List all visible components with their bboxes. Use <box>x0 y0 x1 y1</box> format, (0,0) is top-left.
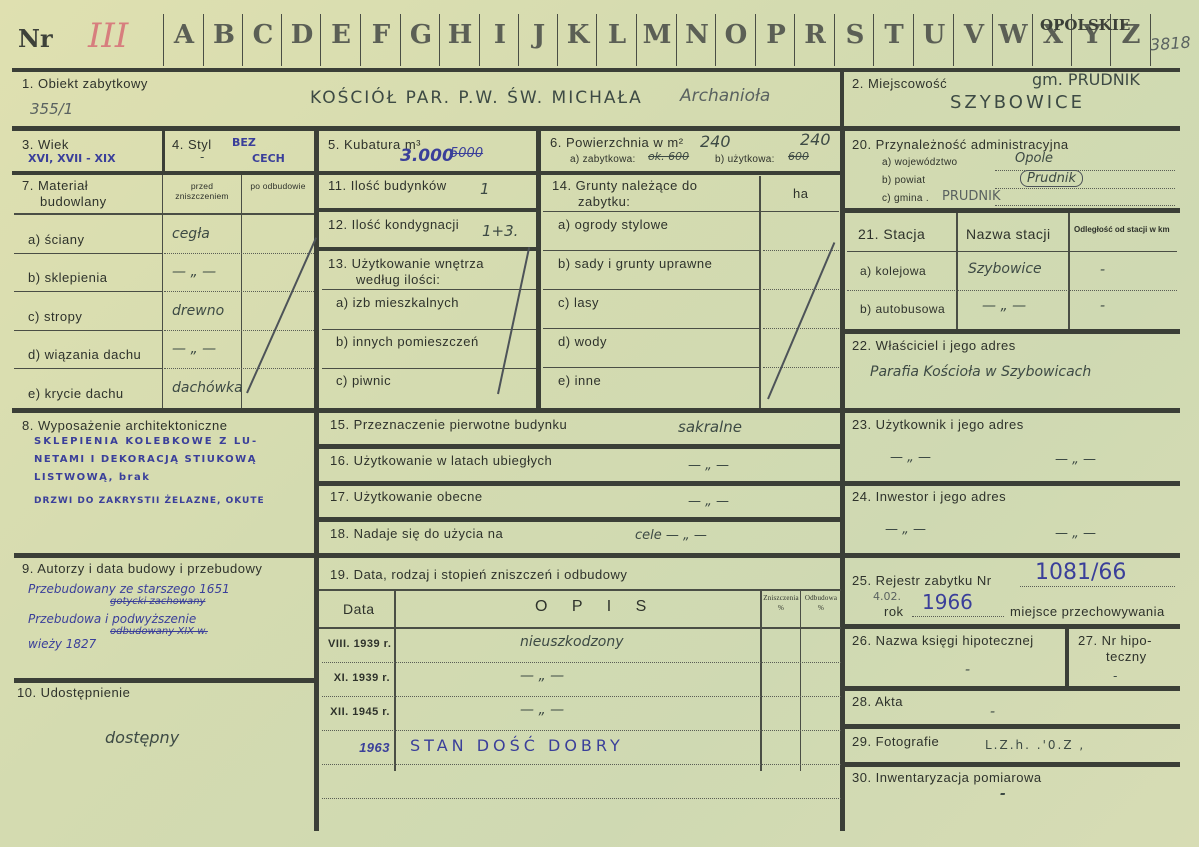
divider <box>319 589 841 591</box>
field28-label: 28. Akta <box>852 694 903 709</box>
field16-label: 16. Użytkowanie w latach ubiegłych <box>330 453 552 468</box>
divider <box>14 330 162 331</box>
field20-a-value[interactable]: Opole <box>1015 151 1053 166</box>
field14-label-1: 14. Grunty należące do <box>552 178 697 193</box>
index-letter-u[interactable]: U <box>915 20 953 50</box>
index-letter-b[interactable]: B <box>205 20 243 50</box>
divider <box>845 724 1180 729</box>
field14-unit: ha <box>793 186 808 201</box>
field5-value[interactable]: 3.000 <box>400 146 454 166</box>
field4-dash: - <box>200 150 204 164</box>
field22-label: 22. Właściciel i jego adres <box>852 338 1016 353</box>
divider <box>14 291 162 292</box>
field14-label-2: zabytku: <box>578 194 630 209</box>
field13-row-label: a) izb mieszkalnych <box>336 295 459 310</box>
field7-row-label: e) krycie dachu <box>28 386 124 401</box>
index-letter-l[interactable]: L <box>598 20 636 50</box>
field24-value-left[interactable]: — „ — <box>885 522 926 537</box>
field16-value[interactable]: — „ — <box>688 458 729 473</box>
field19-row-date[interactable]: 1963 <box>328 740 390 755</box>
index-letter-w[interactable]: W <box>994 20 1032 50</box>
divider <box>840 72 844 126</box>
field10-label: 10. Udostępnienie <box>17 685 130 700</box>
field6-label: 6. Powierzchnia w m² <box>550 135 684 150</box>
field29-label: 29. Fotografie <box>852 734 939 749</box>
field19-row-date[interactable]: XI. 1939 r. <box>328 672 390 684</box>
letter-divider <box>992 14 993 66</box>
field7-label-2: budowlany <box>40 194 107 209</box>
field14-row-label: c) lasy <box>558 295 599 310</box>
field19-row-desc[interactable]: nieuszkodzony <box>520 634 624 650</box>
field25-date-note: 4.02. <box>873 590 901 603</box>
field15-value[interactable]: sakralne <box>678 418 742 436</box>
field11-value[interactable]: 1 <box>480 180 490 198</box>
divider <box>319 627 841 629</box>
dotted-line <box>912 616 1004 617</box>
divider <box>319 444 841 449</box>
letter-divider <box>596 14 597 66</box>
field26-value[interactable]: - <box>965 662 970 678</box>
field27-label-1: 27. Nr hipo- <box>1078 633 1152 648</box>
dotted-line <box>322 764 841 765</box>
letter-divider <box>163 14 164 66</box>
monument-record-card: Nr III ABCDEFGHIJKLMNOPRSTUVWXYZ OPOLSKI… <box>0 0 1199 847</box>
field4-label: 4. Styl <box>172 137 212 152</box>
field20-b-label: b) powiat <box>882 175 925 186</box>
index-letter-r[interactable]: R <box>796 20 834 50</box>
field25-rok-value[interactable]: 1966 <box>922 590 973 614</box>
field5-struck: 5000 <box>450 146 483 161</box>
field27-label-2: teczny <box>1106 649 1147 664</box>
divider <box>847 251 1177 252</box>
letter-divider <box>203 14 204 66</box>
field3-label: 3. Wiek <box>22 137 69 152</box>
letter-divider <box>320 14 321 66</box>
field6-a-value[interactable]: 240 <box>700 132 731 151</box>
field21-col-name: Nazwa stacji <box>966 226 1051 242</box>
field9-struck-2: odbudowany XIX w. <box>110 626 208 637</box>
letter-divider <box>834 14 835 66</box>
divider <box>14 213 314 215</box>
dotted-line <box>164 253 314 254</box>
field13-label-2: według ilości: <box>356 272 440 287</box>
field25-rok-label: rok <box>884 604 904 619</box>
divider <box>14 253 162 254</box>
field25-value[interactable]: 1081/66 <box>1035 560 1126 585</box>
divider <box>845 329 1180 334</box>
index-letter-j[interactable]: J <box>520 20 558 50</box>
field19-row-date[interactable]: XII. 1945 r. <box>328 706 390 718</box>
field23-label: 23. Użytkownik i jego adres <box>852 417 1024 432</box>
letter-divider <box>913 14 914 66</box>
field1-value-extra: Archanioła <box>680 86 770 106</box>
divider <box>14 678 314 683</box>
index-letter-m[interactable]: M <box>638 20 676 50</box>
divider <box>845 762 1180 767</box>
index-letter-t[interactable]: T <box>875 20 913 50</box>
divider <box>845 553 1180 558</box>
divider <box>319 517 841 522</box>
dotted-line <box>995 205 1175 206</box>
not-applicable-slash <box>767 242 835 399</box>
field9-label: 9. Autorzy i data budowy i przebudowy <box>22 561 262 576</box>
divider <box>394 591 396 771</box>
field9-struck-1: gotycki zachowany <box>110 596 205 607</box>
letter-divider <box>755 14 756 66</box>
letter-divider <box>479 14 480 66</box>
field25-label: 25. Rejestr zabytku Nr <box>852 573 992 588</box>
field14-row-label: e) inne <box>558 373 601 388</box>
field14-row-label: a) ogrody stylowe <box>558 217 668 232</box>
field20-c-value[interactable]: PRUDNIK <box>942 189 1000 204</box>
field1-value[interactable]: KOŚCIÓŁ PAR. P.W. ŚW. MICHAŁA <box>310 88 643 108</box>
field30-label: 30. Inwentaryzacja pomiarowa <box>852 770 1042 785</box>
field17-value[interactable]: — „ — <box>688 494 729 509</box>
field7-row-label: c) stropy <box>28 309 82 324</box>
field7-row-before[interactable]: — „ — <box>172 341 216 357</box>
index-letter-p[interactable]: P <box>757 20 795 50</box>
index-letter-d[interactable]: D <box>283 20 321 50</box>
field7-row-before[interactable]: — „ — <box>172 264 216 280</box>
field22-value[interactable]: Parafia Kościoła w Szybowicach <box>870 364 1091 380</box>
field19-row-date[interactable]: VIII. 1939 r. <box>328 638 390 650</box>
divider <box>760 591 762 771</box>
letter-divider <box>715 14 716 66</box>
index-letter-s[interactable]: S <box>836 20 874 50</box>
field21-row2-distance[interactable]: - <box>1100 298 1105 314</box>
field10-value[interactable]: dostępny <box>105 728 179 747</box>
letter-divider <box>281 14 282 66</box>
field26-label: 26. Nazwa księgi hipotecznej <box>852 633 1034 648</box>
field20-b-value[interactable]: Prudnik <box>1020 170 1083 187</box>
field19-label: 19. Data, rodzaj i stopień zniszczeń i o… <box>330 567 627 582</box>
dotted-line <box>322 662 841 663</box>
index-letter-i[interactable]: I <box>481 20 519 50</box>
field21-col-distance: Odległość od stacji w km <box>1074 225 1170 234</box>
dotted-line <box>847 290 1177 291</box>
field7-label-1: 7. Materiał <box>22 178 88 193</box>
divider <box>319 553 841 558</box>
field28-value[interactable]: - <box>990 704 995 720</box>
divider <box>319 171 841 175</box>
field6-b-label: b) użytkowa: <box>715 154 775 165</box>
field2-label: 2. Miejscowość <box>852 76 947 91</box>
field29-value[interactable]: L.Z.h. .'0.Z , <box>985 738 1085 752</box>
field8-line-4[interactable]: DRZWI DO ZAKRYSTII ŻELAZNE, OKUTE <box>34 496 265 506</box>
field6-b-struck: 600 <box>788 150 809 163</box>
field30-value[interactable]: - <box>1000 786 1006 802</box>
nr-value: III <box>88 16 128 56</box>
divider <box>319 208 537 212</box>
field18-label: 18. Nadaje się do użycia na <box>330 526 503 541</box>
not-applicable-slash <box>246 237 317 393</box>
letter-divider <box>439 14 440 66</box>
dotted-line <box>763 367 839 368</box>
dotted-line <box>322 730 841 731</box>
field8-line-2[interactable]: NETAMI I DEKORACJĄ STIUKOWĄ <box>34 454 257 465</box>
field20-c-label: c) gmina . <box>882 193 929 204</box>
letter-divider <box>953 14 954 66</box>
field27-value[interactable]: - <box>1113 669 1117 683</box>
field19-row-desc[interactable]: — „ — <box>520 668 564 684</box>
divider <box>845 624 1180 629</box>
divider <box>319 247 537 251</box>
dotted-line <box>763 289 839 290</box>
dotted-line <box>763 328 839 329</box>
index-letter-e[interactable]: E <box>322 20 360 50</box>
field13-label-1: 13. Użytkowanie wnętrza <box>328 256 484 271</box>
field19-col-damage: Zniszczenia % <box>762 593 800 613</box>
field7-row-before[interactable]: drewno <box>172 303 224 319</box>
dotted-line <box>164 330 314 331</box>
divider <box>543 250 759 251</box>
divider <box>845 208 1180 213</box>
field21-row1-name[interactable]: Szybowice <box>968 261 1042 277</box>
field13-row-label: c) piwnic <box>336 373 391 388</box>
divider <box>322 289 536 290</box>
field13-row-label: b) innych pomieszczeń <box>336 334 479 349</box>
dotted-line <box>995 188 1175 189</box>
card-number: 3818 <box>1149 33 1191 55</box>
letter-divider <box>557 14 558 66</box>
divider <box>319 481 841 486</box>
divider <box>162 131 165 171</box>
divider <box>543 289 759 290</box>
field7-row-label: d) wiązania dachu <box>28 347 141 362</box>
field14-row-label: b) sady i grunty uprawne <box>558 256 712 271</box>
index-letter-f[interactable]: F <box>362 20 400 50</box>
dotted-line <box>322 696 841 697</box>
field6-a-struck: ok. 600 <box>648 150 689 163</box>
nr-label: Nr <box>18 24 53 53</box>
field4-value-2[interactable]: CECH <box>252 152 285 165</box>
field19-col-desc: O P I S <box>535 598 656 616</box>
field19-row-desc[interactable]: STAN DOŚĆ DOBRY <box>410 736 624 755</box>
field19-col-date: Data <box>343 601 375 617</box>
field20-a-label: a) województwo <box>882 157 957 168</box>
divider <box>956 213 958 329</box>
divider <box>162 175 163 408</box>
divider <box>12 68 1180 72</box>
divider <box>14 553 314 558</box>
letter-divider <box>636 14 637 66</box>
field15-label: 15. Przeznaczenie pierwotne budynku <box>330 417 567 432</box>
field6-a-label: a) zabytkowa: <box>570 154 636 165</box>
letter-divider <box>242 14 243 66</box>
field1-label: 1. Obiekt zabytkowy <box>22 76 148 91</box>
field12-value[interactable]: 1+3. <box>482 222 518 240</box>
letter-divider <box>1032 14 1033 66</box>
index-letter-k[interactable]: K <box>559 20 597 50</box>
field21-label: 21. Stacja <box>858 226 925 242</box>
dotted-line <box>763 250 839 251</box>
divider <box>12 171 315 175</box>
dotted-line <box>322 798 841 799</box>
letter-divider <box>873 14 874 66</box>
field2-value[interactable]: SZYBOWICE <box>950 92 1085 113</box>
not-applicable-slash <box>497 247 530 394</box>
field8-line-1[interactable]: SKLEPIENIA KOLEBKOWE Z LU- <box>34 436 258 447</box>
field1-ref: 355/1 <box>30 100 73 118</box>
field7-col-before: przed zniszczeniem <box>164 181 240 201</box>
index-letter-c[interactable]: C <box>244 20 282 50</box>
divider <box>845 686 1180 691</box>
field4-value-1[interactable]: BEZ <box>232 136 256 149</box>
field6-b-value[interactable]: 240 <box>800 130 831 149</box>
field12-label: 12. Ilość kondygnacji <box>328 217 459 232</box>
divider <box>845 481 1180 486</box>
divider <box>12 126 1180 131</box>
divider <box>800 591 801 771</box>
field17-label: 17. Użytkowanie obecne <box>330 489 483 504</box>
field18-value[interactable]: cele — „ — <box>635 528 707 543</box>
divider <box>1068 213 1070 329</box>
field24-value-right[interactable]: — „ — <box>1055 526 1096 541</box>
field7-row-label: a) ściany <box>28 232 85 247</box>
letter-divider <box>794 14 795 66</box>
index-letter-h[interactable]: H <box>441 20 479 50</box>
field20-label: 20. Przynależność administracyjna <box>852 137 1069 152</box>
field7-col-after: po odbudowie <box>243 181 313 191</box>
field7-row-before[interactable]: dachówka <box>172 380 243 396</box>
field9-line-2[interactable]: Przebudowa i podwyższenie <box>28 612 196 626</box>
field8-label: 8. Wyposażenie architektoniczne <box>22 418 227 433</box>
dotted-line <box>1020 586 1175 587</box>
field21-row1-distance[interactable]: - <box>1100 262 1105 278</box>
letter-divider <box>360 14 361 66</box>
letter-divider <box>400 14 401 66</box>
index-letter-a[interactable]: A <box>165 20 203 50</box>
field7-row-label: b) sklepienia <box>28 270 108 285</box>
divider <box>1065 629 1069 687</box>
field8-line-3[interactable]: LISTWOWĄ, brak <box>34 472 150 483</box>
divider <box>543 211 839 212</box>
index-letter-g[interactable]: G <box>402 20 440 50</box>
field21-row1-label: a) kolejowa <box>860 264 926 278</box>
field9-line-1[interactable]: Przebudowany ze starszego 1651 <box>28 582 230 596</box>
field11-label: 11. Ilość budynków <box>328 178 447 193</box>
field23-value-right[interactable]: — „ — <box>1055 452 1096 467</box>
letter-divider <box>676 14 677 66</box>
field23-value-left[interactable]: — „ — <box>890 450 931 465</box>
divider <box>14 368 162 369</box>
field7-row-before[interactable]: cegła <box>172 226 210 242</box>
letter-divider <box>518 14 519 66</box>
divider <box>543 367 759 368</box>
field21-row2-name[interactable]: — „ — <box>982 298 1026 314</box>
field19-row-desc[interactable]: — „ — <box>520 702 564 718</box>
index-letter-n[interactable]: N <box>678 20 716 50</box>
field25-place-label: miejsce przechowywania <box>1010 604 1165 619</box>
field24-label: 24. Inwestor i jego adres <box>852 489 1006 504</box>
dotted-line <box>164 368 314 369</box>
field19-col-rebuild: Odbudowa % <box>802 593 840 613</box>
divider <box>322 329 536 330</box>
region-stamp: OPOLSKIE <box>1040 16 1130 34</box>
index-letter-v[interactable]: V <box>955 20 993 50</box>
divider <box>543 328 759 329</box>
field3-value[interactable]: XVI, XVII - XIX <box>28 152 116 165</box>
divider <box>12 408 1180 413</box>
field9-line-3[interactable]: wieży 1827 <box>28 637 96 651</box>
index-letter-o[interactable]: O <box>717 20 755 50</box>
field14-row-label: d) wody <box>558 334 607 349</box>
field2-gmina-note: gm. PRUDNIK <box>1032 70 1140 89</box>
field21-row2-label: b) autobusowa <box>860 302 945 316</box>
